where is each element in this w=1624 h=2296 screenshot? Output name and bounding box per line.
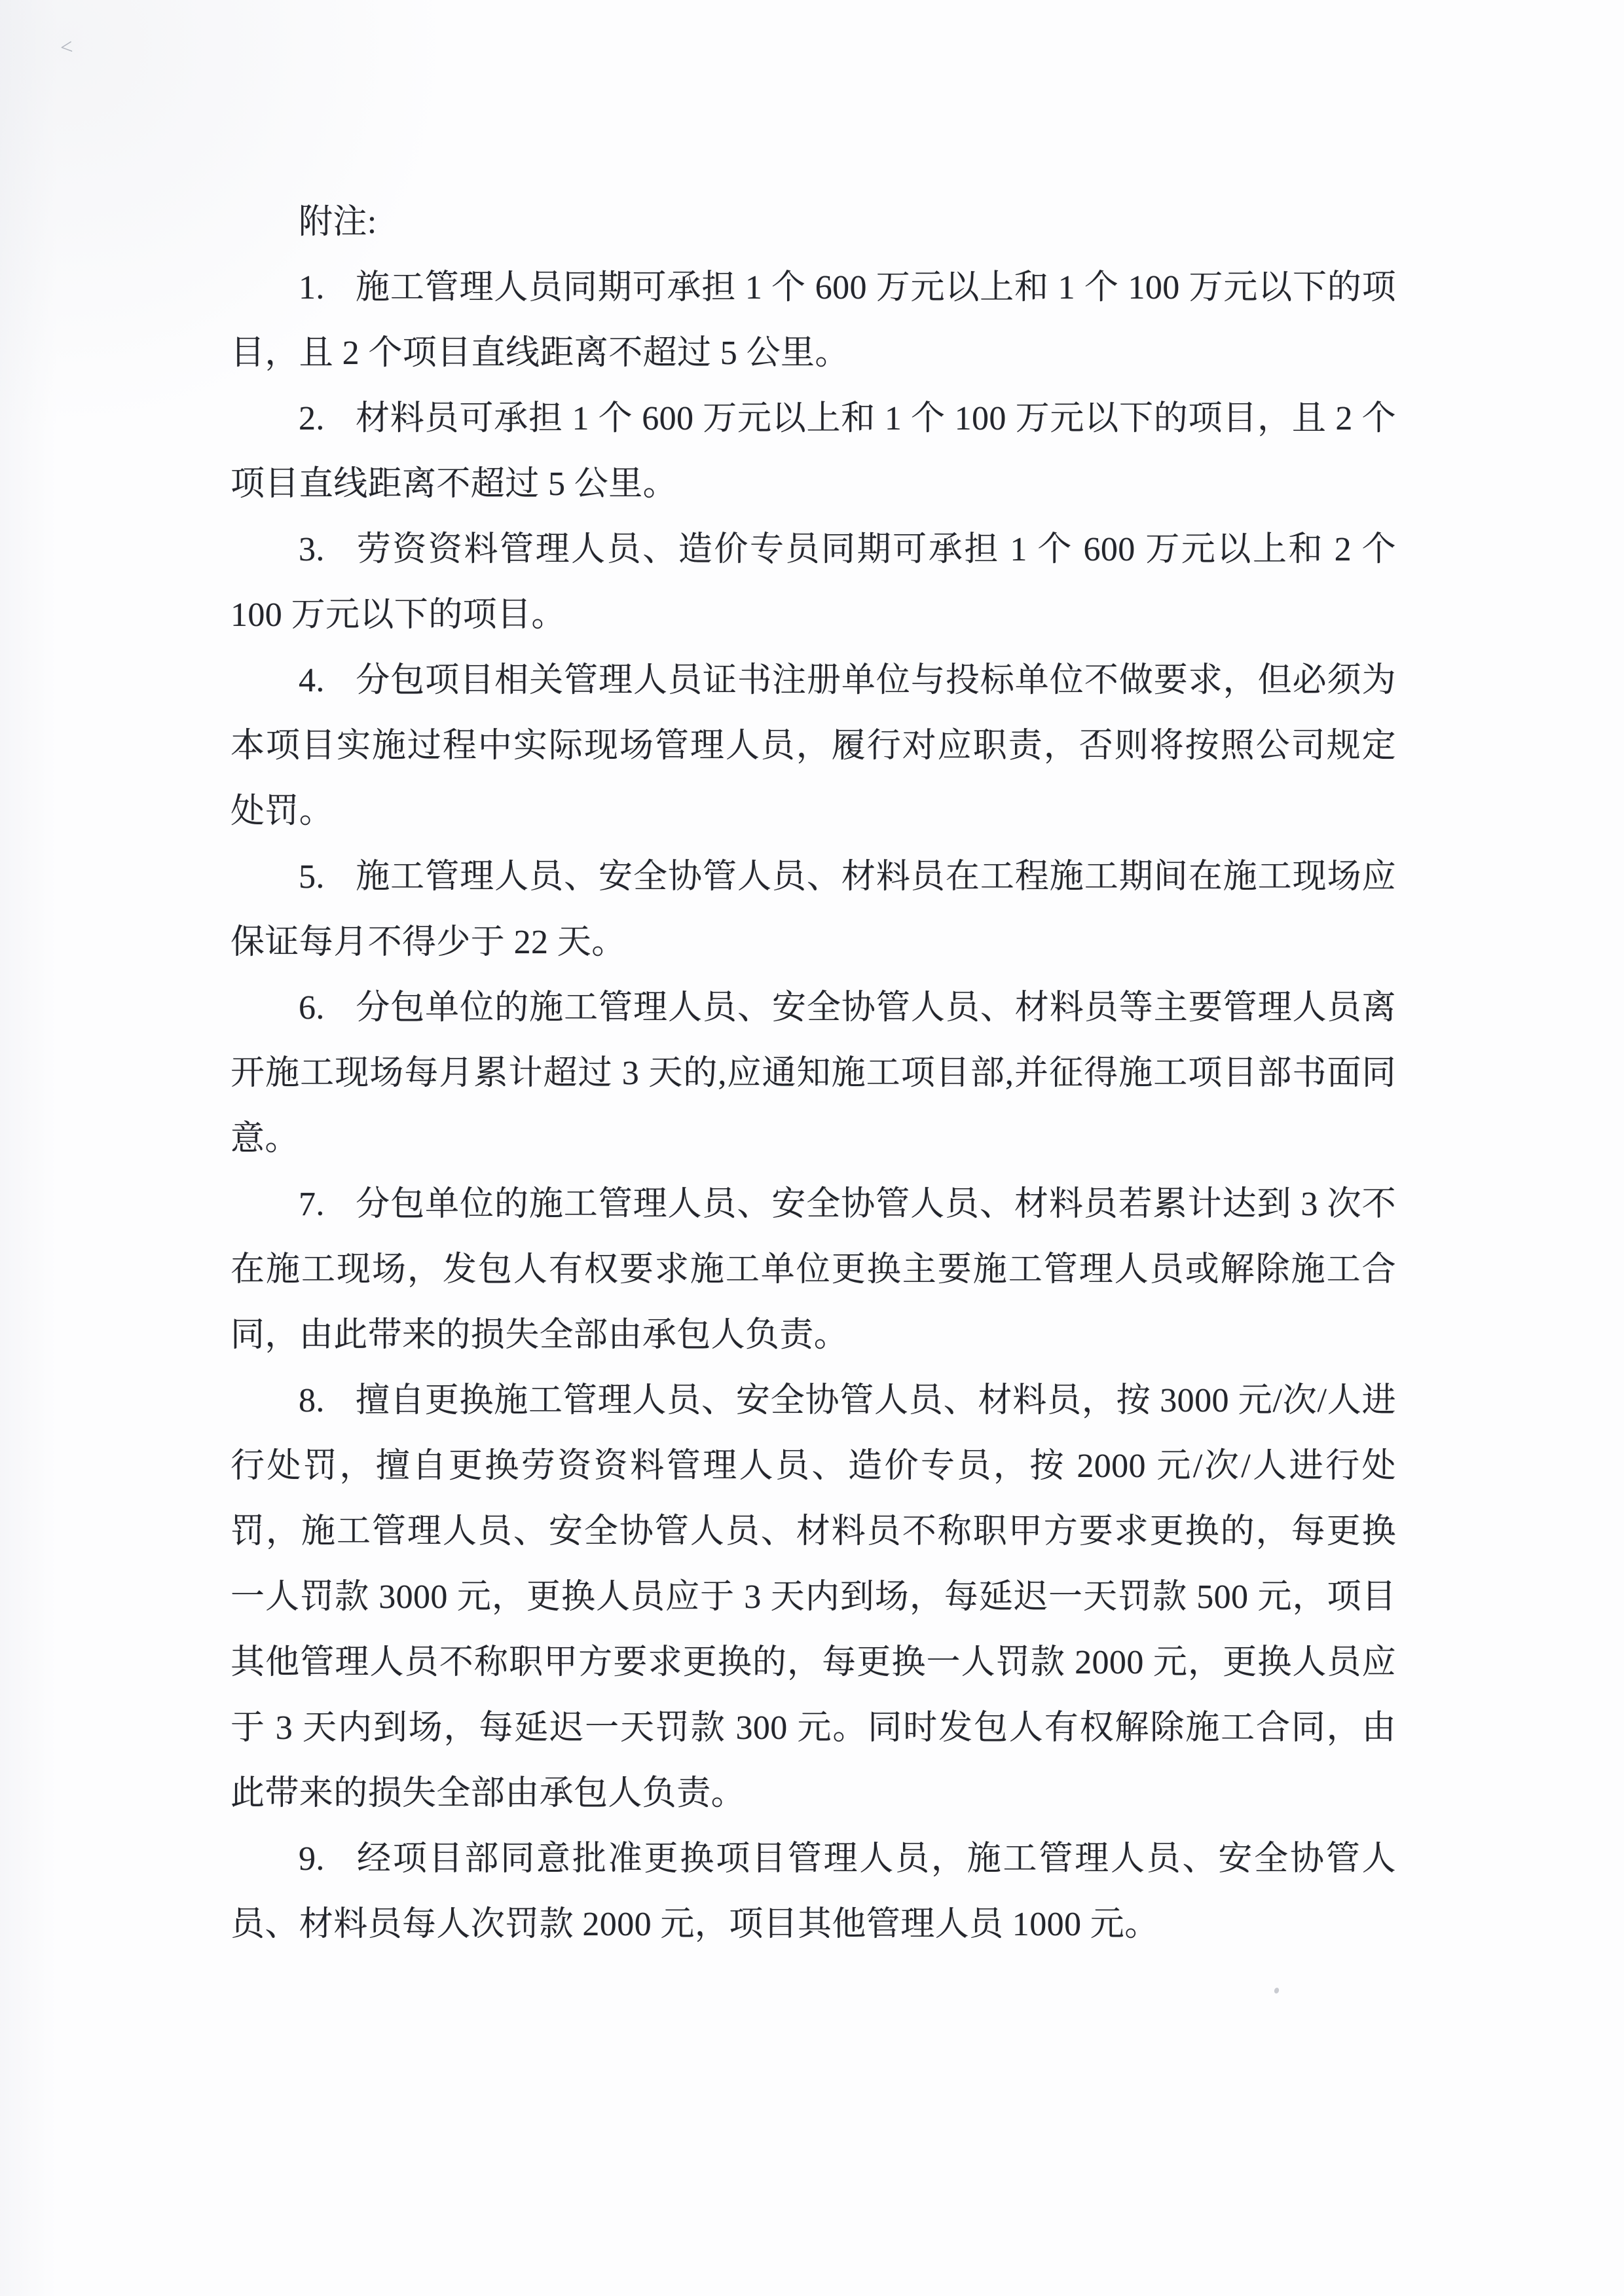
note-text: 分包单位的施工管理人员、安全协管人员、材料员等主要管理人员离开施工现场每月累计超… — [231, 989, 1396, 1157]
note-item: 6.分包单位的施工管理人员、安全协管人员、材料员等主要管理人员离开施工现场每月累… — [231, 975, 1396, 1172]
notes-section: 附注: 1.施工管理人员同期可承担 1 个 600 万元以上和 1 个 100 … — [231, 190, 1396, 1958]
note-text: 经项目部同意批准更换项目管理人员，施工管理人员、安全协管人员、材料员每人次罚款 … — [231, 1840, 1396, 1943]
note-item: 4.分包项目相关管理人员证书注册单位与投标单位不做要求，但必须为本项目实施过程中… — [231, 648, 1396, 845]
note-item: 7.分包单位的施工管理人员、安全协管人员、材料员若累计达到 3 次不在施工现场，… — [231, 1172, 1396, 1368]
note-number: 1. — [299, 269, 325, 306]
note-text: 施工管理人员同期可承担 1 个 600 万元以上和 1 个 100 万元以下的项… — [231, 269, 1396, 372]
note-item: 1.施工管理人员同期可承担 1 个 600 万元以上和 1 个 100 万元以下… — [231, 255, 1396, 386]
note-text: 分包项目相关管理人员证书注册单位与投标单位不做要求，但必须为本项目实施过程中实际… — [231, 662, 1396, 830]
note-text: 劳资资料管理人员、造价专员同期可承担 1 个 600 万元以上和 2 个 100… — [231, 531, 1396, 634]
note-item: 2.材料员可承担 1 个 600 万元以上和 1 个 100 万元以下的项目，且… — [231, 386, 1396, 517]
note-number: 5. — [299, 858, 325, 896]
corner-scan-mark: < — [59, 36, 74, 60]
note-item: 5.施工管理人员、安全协管人员、材料员在工程施工期间在施工现场应保证每月不得少于… — [231, 845, 1396, 975]
note-number: 2. — [299, 400, 325, 437]
note-number: 4. — [299, 662, 325, 699]
note-number: 7. — [299, 1186, 325, 1223]
note-item: 8.擅自更换施工管理人员、安全协管人员、材料员，按 3000 元/次/人进行处罚… — [231, 1368, 1396, 1827]
scan-speck — [1274, 1987, 1280, 1994]
note-number: 6. — [299, 989, 325, 1027]
note-number: 3. — [299, 531, 325, 568]
note-item: 3.劳资资料管理人员、造价专员同期可承担 1 个 600 万元以上和 2 个 1… — [231, 517, 1396, 648]
scanned-page: < 附注: 1.施工管理人员同期可承担 1 个 600 万元以上和 1 个 10… — [0, 0, 1624, 2296]
notes-heading: 附注: — [231, 190, 1396, 255]
note-item: 9.经项目部同意批准更换项目管理人员，施工管理人员、安全协管人员、材料员每人次罚… — [231, 1827, 1396, 1958]
note-text: 材料员可承担 1 个 600 万元以上和 1 个 100 万元以下的项目，且 2… — [231, 400, 1396, 503]
note-number: 8. — [299, 1382, 325, 1419]
note-text: 擅自更换施工管理人员、安全协管人员、材料员，按 3000 元/次/人进行处罚，擅… — [231, 1382, 1396, 1812]
note-text: 施工管理人员、安全协管人员、材料员在工程施工期间在施工现场应保证每月不得少于 2… — [231, 858, 1396, 961]
note-text: 分包单位的施工管理人员、安全协管人员、材料员若累计达到 3 次不在施工现场，发包… — [231, 1186, 1396, 1354]
note-number: 9. — [299, 1840, 325, 1878]
